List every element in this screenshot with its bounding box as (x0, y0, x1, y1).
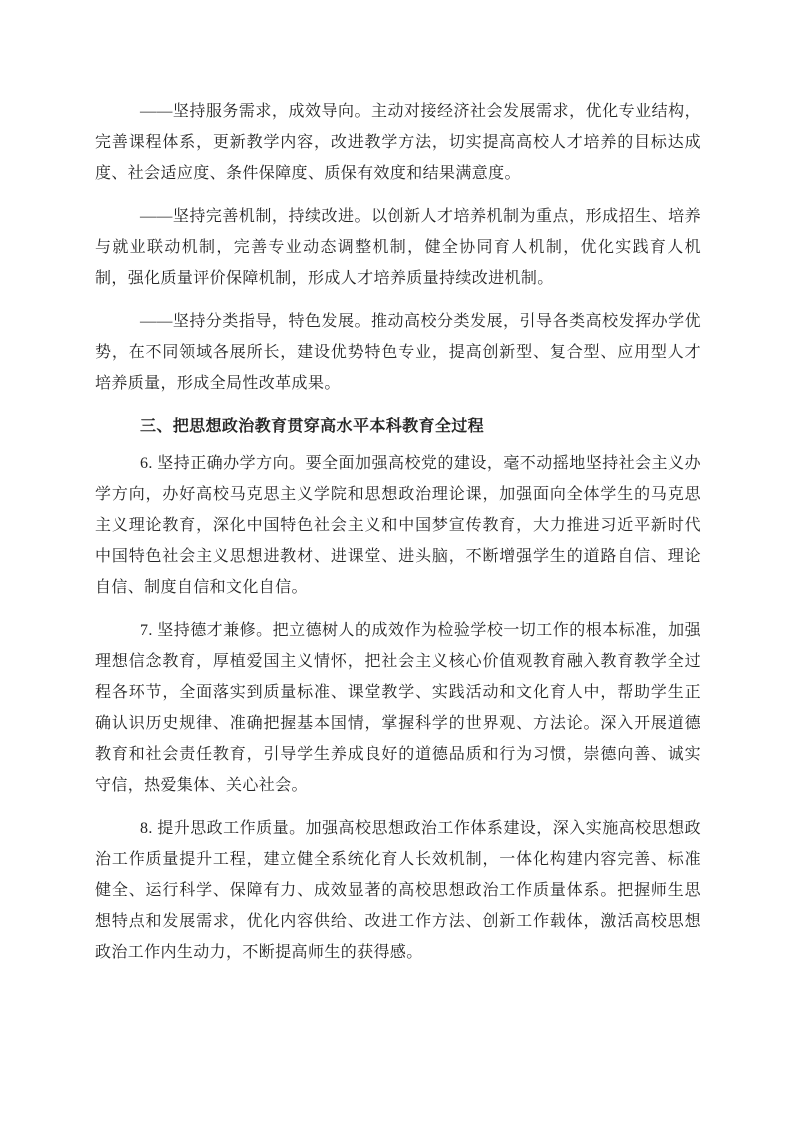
principle-paragraph-classified-guidance: ——坚持分类指导，特色发展。推动高校分类发展，引导各类高校发挥办学优势，在不同领… (95, 306, 701, 399)
paragraph-8-ideological-political-work-quality: 8. 提升思政工作质量。加强高校思想政治工作体系建设，深入实施高校思想政治工作质… (95, 813, 701, 968)
principle-paragraph-service-orientation: ——坚持服务需求，成效导向。主动对接经济社会发展需求，优化专业结构，完善课程体系… (95, 96, 701, 189)
text-content: ——坚持服务需求，成效导向。主动对接经济社会发展需求，优化专业结构，完善课程体系… (95, 96, 701, 968)
paragraph-6-correct-school-orientation: 6. 坚持正确办学方向。要全面加强高校党的建设，毫不动摇地坚持社会主义办学方向，… (95, 448, 701, 603)
paragraph-7-moral-and-talent-cultivation: 7. 坚持德才兼修。把立德树人的成效作为检验学校一切工作的根本标准，加强理想信念… (95, 615, 701, 801)
principle-paragraph-mechanism-improvement: ——坚持完善机制，持续改进。以创新人才培养机制为重点，形成招生、培养与就业联动机… (95, 201, 701, 294)
document-page: ——坚持服务需求，成效导向。主动对接经济社会发展需求，优化专业结构，完善课程体系… (0, 0, 793, 1122)
section-heading-three: 三、把思想政治教育贯穿高水平本科教育全过程 (95, 411, 701, 442)
